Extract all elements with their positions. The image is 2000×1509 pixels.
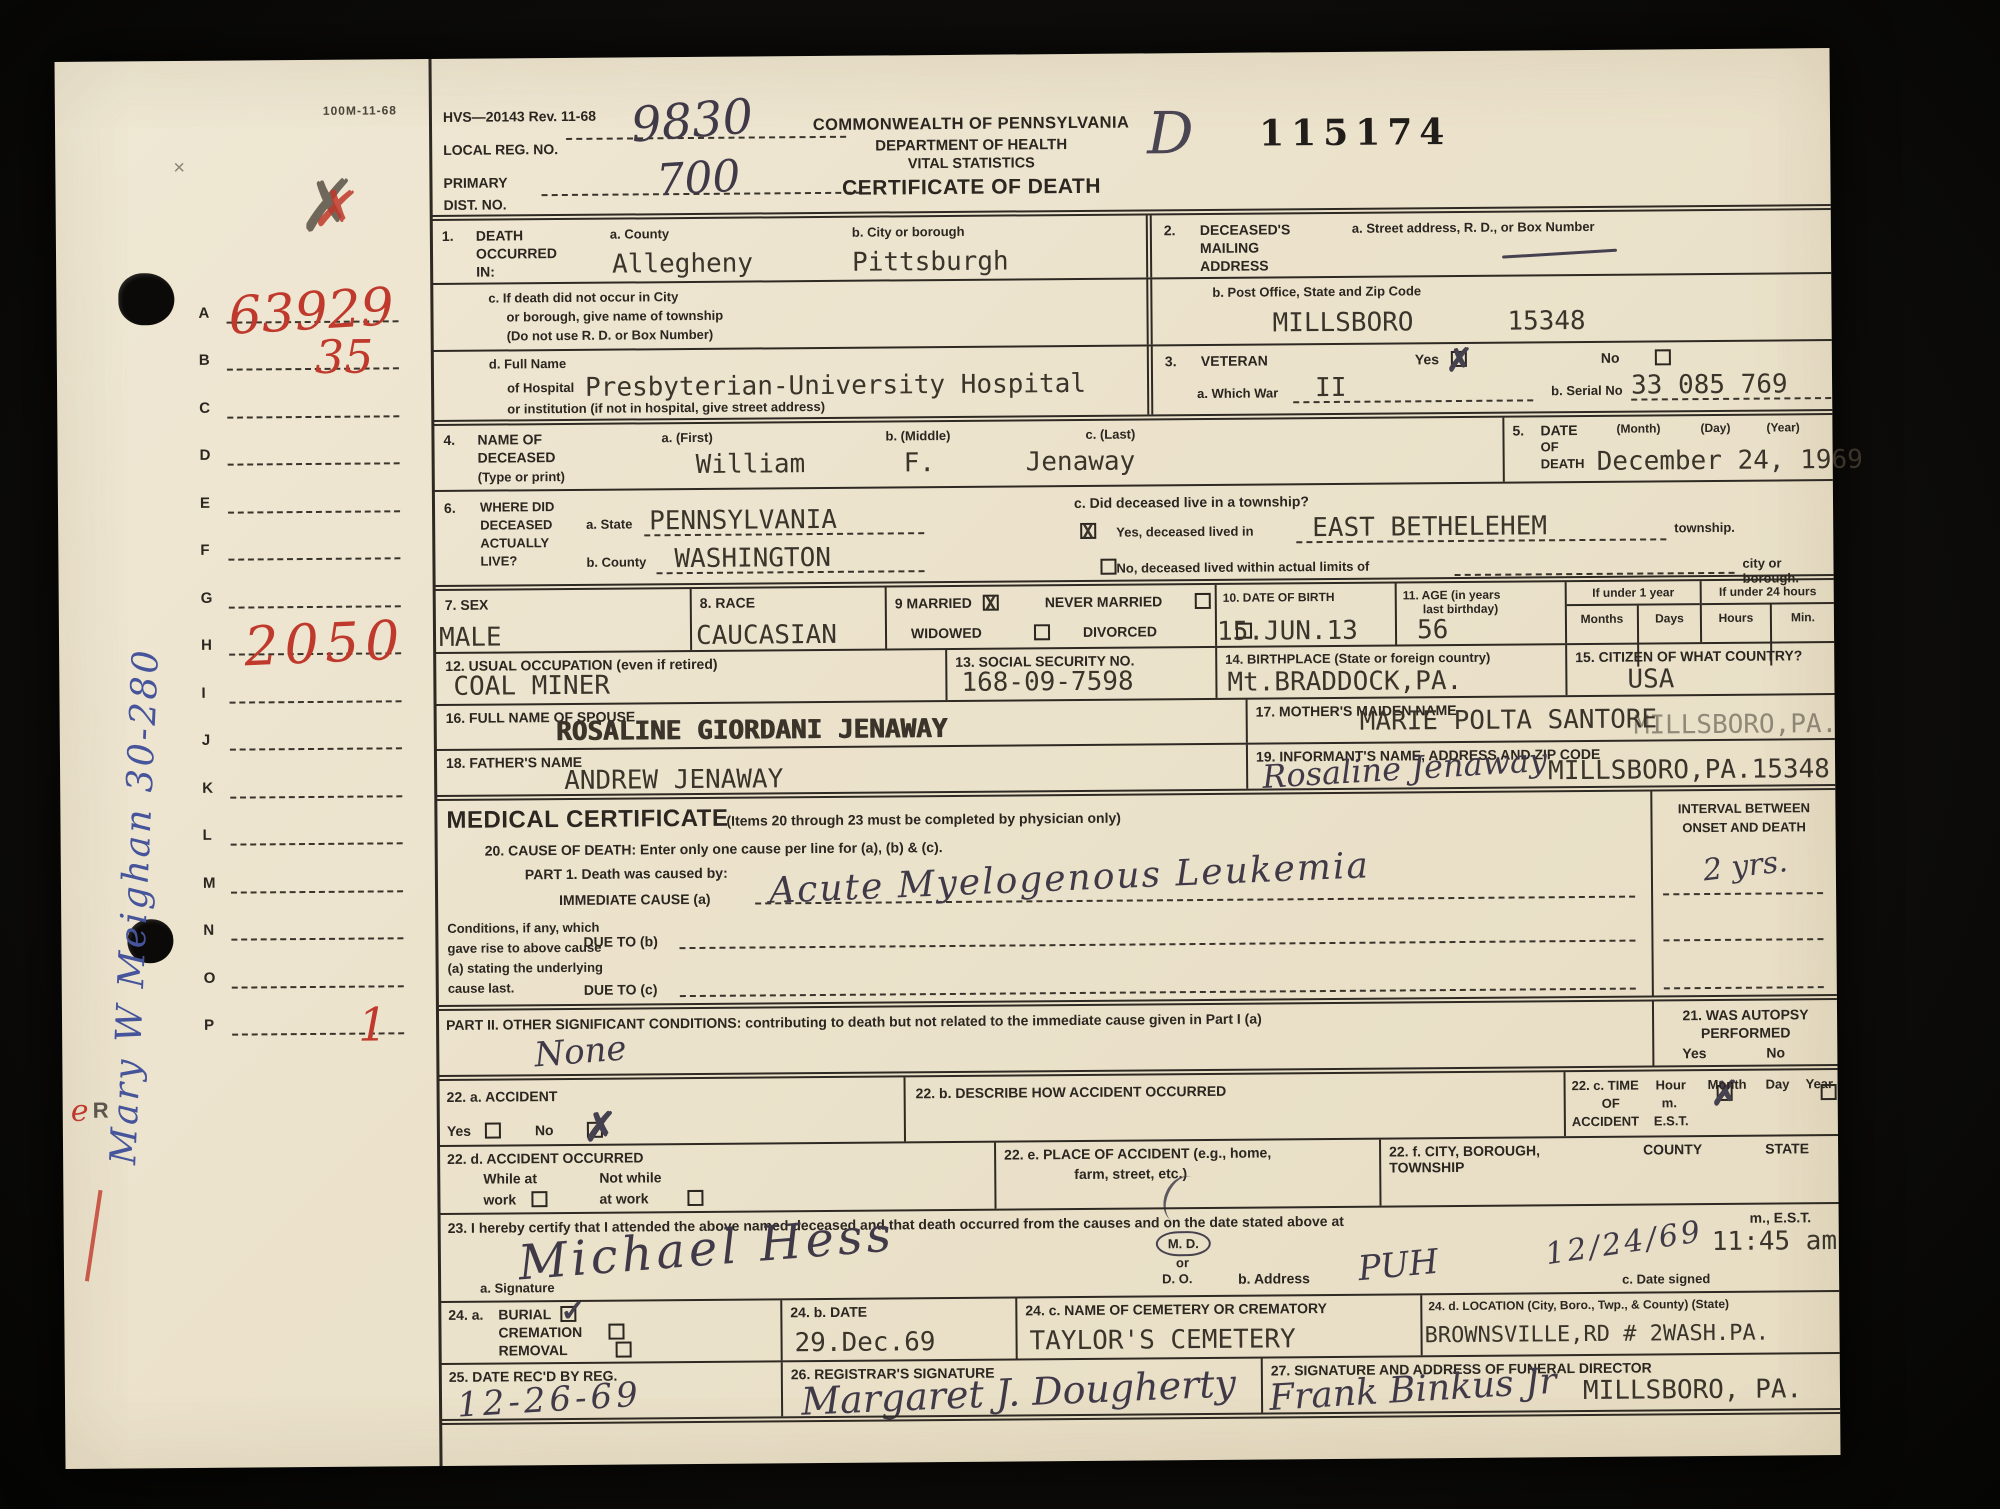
field-25-date-received: 25. DATE REC'D BY REG. 12-26-69: [441, 1362, 781, 1419]
hand-letter-d: D: [1147, 99, 1194, 167]
field-9-marital-status: 9 MARRIED X NEVER MARRIED WIDOWED DIVORC…: [885, 585, 1215, 649]
field-age-under-1-year: If under 1 year Months Days: [1565, 581, 1700, 643]
field-3-veteran: 3. VETERAN Yes ✗ No a. Which War II b. S…: [1147, 341, 1833, 414]
accident-no-checkbox: ✗: [587, 1122, 603, 1138]
or-label: or: [1176, 1255, 1189, 1270]
interval-label-1: INTERVAL BETWEEN: [1652, 790, 1835, 816]
form-header: HVS—20143 Rev. 11-68 LOCAL REG. NO. 9830…: [431, 76, 1831, 215]
dash-line: [228, 559, 400, 608]
field-8-race: 8. RACE CAUCASIAN: [690, 587, 885, 650]
field-22b-describe-accident: 22. b. DESCRIBE HOW ACCIDENT OCCURRED: [904, 1072, 1564, 1141]
widowed-checkbox: [1034, 624, 1050, 640]
field-18-father-name: 18. FATHER'S NAME ANDREW JENAWAY: [436, 745, 1246, 795]
certificate-number-stamp: 115174: [1259, 111, 1452, 155]
date-signed-label: c. Date signed: [1622, 1271, 1710, 1287]
township-no-checkbox: [1101, 559, 1117, 575]
autopsy-yes-label: Yes: [1682, 1045, 1706, 1061]
removal-checkbox: [615, 1342, 631, 1358]
dash-line: [228, 512, 400, 561]
cremation-label: CREMATION: [498, 1324, 582, 1341]
cause-of-death-label: 20. CAUSE OF DEATH: Enter only one cause…: [485, 839, 943, 859]
primary-dist-no-handwritten: 700: [655, 150, 742, 206]
dash-line: [1664, 986, 1824, 989]
hour-label: Hour: [1656, 1077, 1686, 1092]
interval-label-2: ONSET AND DEATH: [1652, 815, 1835, 835]
while-at-label: While at: [483, 1170, 537, 1186]
ledger-row: E: [200, 464, 400, 513]
post-office-label: b. Post Office, State and Zip Code: [1212, 283, 1421, 300]
married-label: 9 MARRIED: [895, 595, 972, 612]
dash-line: [230, 749, 402, 798]
row-22abc: 22. a. ACCIDENT Yes No ✗ 22. b. DESCRIBE…: [438, 1064, 1838, 1145]
last-name-value: Jenaway: [1026, 447, 1136, 478]
dash-line: [230, 702, 402, 751]
field-24b-date: 24. b. DATE 29.Dec.69: [780, 1298, 1015, 1360]
state-label: a. State: [586, 516, 632, 531]
accident-yes-label: Yes: [447, 1123, 471, 1139]
interval-column: INTERVAL BETWEEN ONSET AND DEATH 2 yrs.: [1650, 790, 1837, 995]
field-4-name-of-deceased: 4. NAME OF DECEASED (Type or print) a. (…: [433, 418, 1502, 490]
field-24c-cemetery: 24. c. NAME OF CEMETERY OR CREMATORY TAY…: [1015, 1295, 1420, 1358]
red-pen-slash: [85, 1190, 103, 1282]
middle-name-label: b. (Middle): [885, 428, 950, 444]
never-married-label: NEVER MARRIED: [1045, 593, 1163, 610]
township-value: EAST BETHELEHEM: [1312, 511, 1547, 543]
veteran-yes-checkbox: ✗: [1451, 351, 1467, 367]
field-12-occupation: 12. USUAL OCCUPATION (even if retired) C…: [435, 650, 945, 704]
post-office-value: MILLSBORO 15348: [1272, 306, 1585, 338]
middle-name-value: F.: [904, 448, 936, 478]
row-24-disposition: 24. a. BURIAL ✓ CREMATION REMOVAL 24. b.…: [440, 1290, 1839, 1363]
due-to-c-label: DUE TO (c): [584, 981, 658, 998]
red-x-mark: ✗: [310, 175, 363, 243]
field-22e-place-of-accident: 22. e. PLACE OF ACCIDENT (e.g., home, fa…: [994, 1140, 1380, 1209]
agency-heading: COMMONWEALTH OF PENNSYLVANIA DEPARTMENT …: [761, 113, 1182, 201]
while-at-work-checkbox: [531, 1191, 547, 1207]
field-27-funeral-director: 27. SIGNATURE AND ADDRESS OF FUNERAL DIR…: [1261, 1354, 1840, 1413]
dash-line: [1663, 938, 1823, 941]
field-7-sex: 7. SEX MALE: [435, 589, 690, 652]
sex-value: MALE: [439, 622, 502, 652]
ledger-row: G: [200, 559, 400, 608]
cemetery-location-value: BROWNSVILLE,RD # 2WASH.PA.: [1424, 1321, 1769, 1349]
est-label: E.S.T.: [1654, 1113, 1689, 1128]
red-ledger-number-b: 35: [315, 329, 374, 383]
field-11-age: 11. AGE (in years last birthday) 56: [1395, 582, 1565, 644]
red-ledger-number-p: 1: [358, 997, 388, 1051]
county-label: a. County: [610, 226, 669, 241]
row-1d-3: d. Full Name of Hospital or institution …: [433, 339, 1833, 420]
due-to-b-label: DUE TO (b): [583, 933, 658, 950]
burial-checkbox: ✓: [560, 1306, 576, 1322]
org-line1: COMMONWEALTH OF PENNSYLVANIA: [761, 113, 1181, 135]
field-21-autopsy: 21. WAS AUTOPSY PERFORMED Yes ✗ No: [1652, 1000, 1837, 1065]
county-residence-label: b. County: [586, 554, 646, 569]
accident-yes-checkbox: [485, 1123, 501, 1139]
father-name-value: ANDREW JENAWAY: [564, 764, 783, 796]
pencil-small-x-mark: ×: [173, 157, 185, 180]
street-address-label: a. Street address, R. D., or Box Number: [1352, 219, 1595, 236]
field-2b-post-office: b. Post Office, State and Zip Code MILLS…: [1146, 274, 1831, 344]
age-value: 56: [1417, 615, 1449, 645]
occupation-value: COAL MINER: [453, 671, 610, 702]
informant-address: MILLSBORO,PA.15348: [1548, 754, 1830, 786]
township-yes-checkbox: X: [1080, 523, 1096, 539]
ledger-row: L: [202, 797, 402, 846]
field-10-date-of-birth: 10. DATE OF BIRTH 15.JUN.13: [1215, 583, 1395, 645]
field-24a-burial-type: 24. a. BURIAL ✓ CREMATION REMOVAL: [440, 1300, 780, 1363]
md-label-circled: M. D.: [1156, 1231, 1211, 1256]
serial-no-value: 33 085 769: [1631, 369, 1788, 400]
cemetery-value: TAYLOR'S CEMETERY: [1029, 1324, 1295, 1356]
dash-line: [679, 940, 1635, 950]
dash-line: [230, 797, 402, 846]
pen-dash-street-address: [1502, 249, 1617, 259]
not-while-label: Not while: [599, 1169, 661, 1185]
medical-certificate-main: MEDICAL CERTIFICATE (Items 20 through 23…: [436, 791, 1652, 1005]
race-value: CAUCASIAN: [696, 620, 837, 651]
do-label: D. O.: [1162, 1271, 1192, 1286]
field-14-birthplace: 14. BIRTHPLACE (State or foreign country…: [1215, 645, 1565, 698]
field-number: 2.: [1164, 222, 1176, 238]
year-col-label: Year: [1806, 1076, 1834, 1091]
corner-red-mark: e: [71, 1094, 89, 1129]
ledger-row: F: [200, 512, 400, 561]
field-1d-hospital: d. Full Name of Hospital or institution …: [433, 346, 1148, 420]
date-signed-handwritten: 12/24/69: [1543, 1214, 1705, 1272]
field-19-informant: 19. INFORMANT'S NAME, ADDRESS AND ZIP CO…: [1246, 740, 1835, 789]
address-label: b. Address: [1238, 1270, 1310, 1287]
autopsy-no-label: No: [1766, 1044, 1785, 1060]
county-col-label: COUNTY: [1609, 1137, 1737, 1204]
part1-label: PART 1. Death was caused by:: [525, 865, 728, 883]
mother-maiden-name-value: MARIE POLTA SANTORE: [1360, 704, 1658, 736]
hospital-value: Presbyterian-University Hospital: [585, 369, 1086, 403]
social-security-value: 168-09-7598: [961, 667, 1133, 698]
never-married-checkbox: [1195, 593, 1211, 609]
field-15-citizen: 15. CITIZEN OF WHAT COUNTRY? USA: [1565, 643, 1834, 695]
burial-date-value: 29.Dec.69: [794, 1327, 935, 1358]
row-6-residence: 6. WHERE DID DECEASED ACTUALLY LIVE? a. …: [434, 479, 1834, 585]
certificate-form: HVS—20143 Rev. 11-68 LOCAL REG. NO. 9830…: [431, 76, 1841, 1469]
certificate-title: CERTIFICATE OF DEATH: [761, 174, 1181, 201]
field-13-social-security: 13. SOCIAL SECURITY NO. 168-09-7598: [945, 648, 1215, 700]
township-suffix: township.: [1674, 520, 1735, 535]
field-number: 4.: [443, 432, 455, 448]
married-checkbox: X: [983, 595, 999, 611]
spouse-value: ROSALINE GIORDANI JENAWAY: [556, 714, 948, 747]
margin-handwriting: Mary W Meighan 30-280: [103, 265, 184, 1166]
widowed-label: WIDOWED: [911, 625, 982, 642]
field-age-under-24-hours: If under 24 hours Hours Min.: [1700, 580, 1834, 642]
field-24d-location: 24. d. LOCATION (City, Boro., Twp., & Co…: [1420, 1292, 1839, 1355]
medical-certificate-title: MEDICAL CERTIFICATE: [446, 805, 728, 835]
month-col-label: Month: [1708, 1077, 1747, 1092]
m-label: m.: [1662, 1095, 1677, 1110]
date-of-death-value: December 24, 1969: [1597, 445, 1863, 477]
part2-label: PART II. OTHER SIGNIFICANT CONDITIONS: c…: [446, 1011, 1262, 1033]
field-22c-time-of-accident: 22. c. TIME OF ACCIDENT Hour m. E.S.T. M…: [1563, 1070, 1837, 1136]
time-of-death-typed: 11:45 am: [1712, 1226, 1837, 1257]
field-26-registrar-signature: 26. REGISTRAR'S SIGNATURE Margaret J. Do…: [781, 1359, 1261, 1417]
field-number: 3.: [1165, 353, 1177, 369]
veteran-label: VETERAN: [1201, 352, 1268, 369]
field-17-mother-maiden-name: 17. MOTHER'S MAIDEN NAME MARIE POLTA SAN…: [1246, 695, 1835, 743]
dist-no-label: DIST. NO.: [444, 196, 507, 212]
primary-label: PRIMARY: [443, 174, 507, 191]
ledger-row: N: [203, 892, 403, 941]
row-7-11: 7. SEX MALE 8. RACE CAUCASIAN 9 MARRIED …: [435, 574, 1834, 652]
immediate-cause-label: IMMEDIATE CAUSE (a): [559, 891, 711, 908]
accident-no-label: No: [535, 1122, 554, 1138]
veteran-no-checkbox: [1655, 349, 1671, 365]
first-name-label: a. (First): [661, 430, 712, 445]
row-23-certification: 23. I hereby certify that I attended the…: [440, 1202, 1840, 1301]
cremation-checkbox: [609, 1324, 625, 1340]
date-of-birth-value: 15.JUN.13: [1217, 616, 1358, 647]
birthplace-value: Mt.BRADDOCK,PA.: [1227, 666, 1462, 698]
field-22a-accident: 22. a. ACCIDENT Yes No ✗: [439, 1077, 904, 1145]
dash-line: [1663, 892, 1823, 895]
divorced-label: DIVORCED: [1083, 623, 1157, 640]
ledger-row: K: [202, 749, 402, 798]
form-code: HVS—20143 Rev. 11-68: [443, 108, 596, 125]
row-1ab-2a: 1. DEATH OCCURRED IN: a. County Alleghen…: [432, 204, 1831, 283]
signature-label: a. Signature: [480, 1280, 555, 1296]
form-bottom-margin: [441, 1408, 1840, 1469]
local-reg-label: LOCAL REG. NO.: [443, 141, 558, 158]
not-while-at-work-checkbox: [688, 1190, 704, 1206]
township-yes-text: Yes, deceased lived in: [1116, 524, 1253, 540]
dash-line: [231, 939, 403, 988]
ledger-row: J: [202, 702, 402, 751]
field-number: 5.: [1512, 422, 1524, 438]
city-borough-label: b. City or borough: [852, 224, 965, 240]
medical-certificate-subtitle: (Items 20 through 23 must be completed b…: [726, 810, 1121, 829]
m-est-label: m., E.S.T.: [1750, 1209, 1812, 1225]
work-label: work: [483, 1191, 516, 1207]
day-label: (Day): [1700, 421, 1730, 435]
field-number: 6.: [444, 500, 456, 516]
township-no-text: No, deceased lived within actual limits …: [1116, 559, 1369, 576]
red-ledger-number-h: 2050: [243, 608, 407, 678]
death-certificate-paper: 100M-11-68 × ✗ ✗ Mary W Meighan 30-280 A…: [55, 48, 1841, 1469]
citizen-value: USA: [1627, 664, 1674, 694]
state-value: PENNSYLVANIA: [649, 505, 837, 536]
dash-line: [231, 844, 403, 893]
dash-line: [680, 988, 1636, 998]
city-borough-value: Pittsburgh: [852, 247, 1009, 278]
field-5-date-of-death: 5. DATE OF DEATH (Month) (Day) (Year) De…: [1502, 415, 1832, 482]
row-part2-21: PART II. OTHER SIGNIFICANT CONDITIONS: c…: [438, 994, 1838, 1075]
mother-overstamp: MILLSBORO,PA.: [1634, 709, 1838, 741]
county-value: Allegheny: [612, 249, 753, 280]
at-work-label: at work: [599, 1190, 648, 1206]
veteran-yes-label: Yes: [1415, 351, 1439, 367]
corner-r-mark: R: [93, 1098, 109, 1124]
field-1c-township-note: c. If death did not occur in City or bor…: [432, 279, 1146, 350]
last-name-label: c. (Last): [1085, 427, 1135, 442]
day-col-label: Day: [1766, 1076, 1790, 1091]
year-label: (Year): [1766, 420, 1799, 434]
serial-no-label: b. Serial No: [1551, 383, 1623, 399]
row-1c-2b: c. If death did not occur in City or bor…: [432, 272, 1831, 350]
field-22f-city-county-state: 22. f. CITY, BOROUGH, TOWNSHIP COUNTY ST…: [1379, 1136, 1839, 1206]
dash-line: [228, 464, 400, 513]
dash-line: [227, 417, 399, 466]
stub-print-code: 100M-11-68: [323, 103, 397, 118]
part2-value: None: [533, 1028, 628, 1075]
interval-value: 2 yrs.: [1701, 844, 1789, 888]
funeral-director-address: MILLSBORO, PA.: [1583, 1374, 1802, 1406]
removal-label: REMOVAL: [499, 1342, 568, 1359]
address-value: PUH: [1356, 1242, 1440, 1289]
veteran-no-label: No: [1601, 350, 1620, 366]
row-4-5: 4. NAME OF DECEASED (Type or print) a. (…: [433, 409, 1833, 490]
which-war-label: a. Which War: [1197, 385, 1278, 401]
field-22d-accident-occurred: 22. d. ACCIDENT OCCURRED While at Not wh…: [439, 1143, 995, 1213]
field-1-death-occurred: 1. DEATH OCCURRED IN: a. County Alleghen…: [432, 215, 1146, 283]
county-residence-value: WASHINGTON: [674, 543, 831, 574]
month-label: (Month): [1616, 421, 1660, 435]
burial-label: BURIAL: [498, 1306, 551, 1322]
screenshot-stage: 100M-11-68 × ✗ ✗ Mary W Meighan 30-280 A…: [0, 0, 2000, 1509]
ledger-row: D: [199, 417, 399, 466]
township-question-label: c. Did deceased live in a township?: [1074, 493, 1309, 511]
state-col-label: STATE: [1736, 1136, 1839, 1203]
part2-conditions: PART II. OTHER SIGNIFICANT CONDITIONS: c…: [438, 1001, 1652, 1075]
field-16-spouse: 16. FULL NAME OF SPOUSE ROSALINE GIORDAN…: [436, 700, 1246, 749]
org-line2: DEPARTMENT OF HEALTH: [761, 135, 1181, 155]
row-medical-certificate: MEDICAL CERTIFICATE (Items 20 through 23…: [436, 784, 1837, 1005]
dash-line: [231, 892, 403, 941]
first-name-value: William: [696, 449, 806, 480]
which-war-value: II: [1315, 373, 1347, 403]
field-number: 1.: [442, 228, 454, 244]
org-line3: VITAL STATISTICS: [761, 154, 1181, 173]
ledger-row: M: [203, 844, 403, 893]
field-2-mailing-address: 2. DECEASED'S MAILING ADDRESS a. Street …: [1146, 210, 1831, 277]
local-reg-no-handwritten: 9830: [629, 88, 755, 153]
row-22def: 22. d. ACCIDENT OCCURRED While at Not wh…: [439, 1134, 1838, 1213]
ledger-row: O: [203, 939, 403, 988]
stub: 100M-11-68 × ✗ ✗ Mary W Meighan 30-280 A…: [55, 48, 1830, 62]
